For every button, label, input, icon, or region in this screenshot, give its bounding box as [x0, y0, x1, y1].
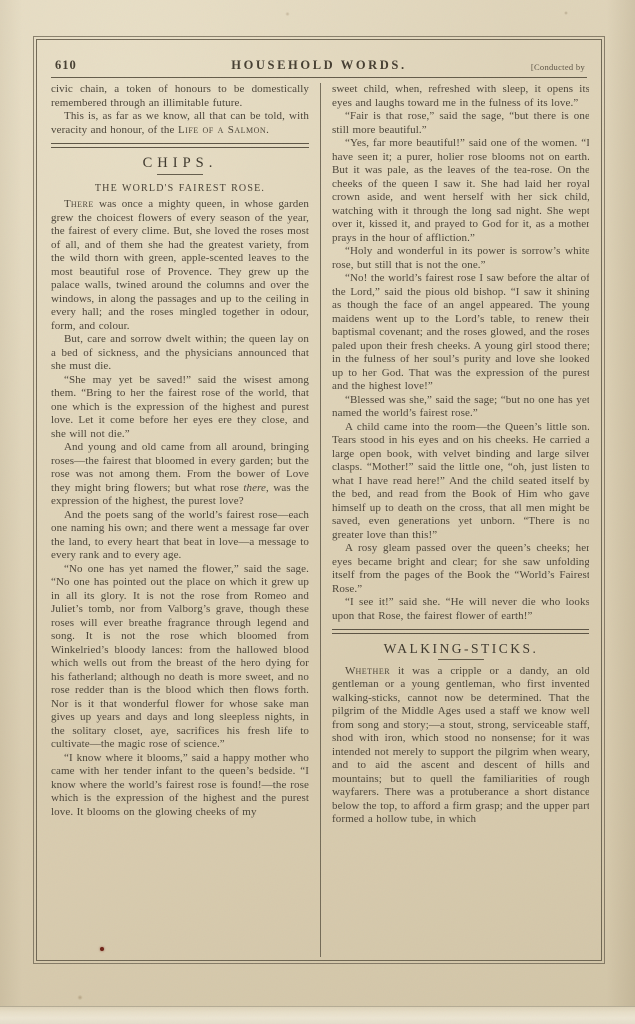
- scanned-page: 610 HOUSEHOLD WORDS. [Conducted by civic…: [0, 0, 635, 1024]
- article-title-worlds-fairest-rose: THE WORLD'S FAIREST ROSE.: [51, 182, 309, 196]
- article-divider-rule: [332, 629, 589, 634]
- journal-title: HOUSEHOLD WORDS.: [53, 58, 585, 73]
- page-bottom-edge: [0, 1006, 635, 1024]
- column-divider-rule: [320, 83, 321, 957]
- paragraph: But, care and sorrow dwelt within; the q…: [51, 333, 309, 374]
- paragraph: Whether it was a cripple or a dandy, an …: [332, 665, 589, 827]
- paragraph: “No! the world’s fairest rose I saw befo…: [332, 272, 589, 394]
- section-divider-rule: [51, 143, 309, 148]
- paragraph: “Yes, far more beautiful!” said one of t…: [332, 137, 589, 245]
- foxing-spot-top-center: [285, 12, 290, 16]
- paragraph: A rosy gleam passed over the queen’s che…: [332, 542, 589, 596]
- paragraph: And the poets sang of the world’s faires…: [51, 509, 309, 563]
- page-frame: 610 HOUSEHOLD WORDS. [Conducted by civic…: [33, 36, 605, 964]
- chips-section-heading: CHIPS.: [51, 157, 309, 171]
- paragraph: “I see it!” said she. “He will never die…: [332, 596, 589, 623]
- paragraph-salmon-continuation: civic chain, a token of honours to be do…: [51, 83, 309, 110]
- header-rule: [51, 77, 587, 78]
- paragraph: “Fair is that rose,” said the sage, “but…: [332, 110, 589, 137]
- paragraph-salmon-close: This is, as far as we know, all that can…: [51, 110, 309, 137]
- walking-sticks-heading: WALKING-STICKS.: [332, 642, 589, 656]
- foxing-spot-bottom-left: [77, 995, 83, 1000]
- paragraph: sweet child, when, refreshed with sleep,…: [332, 83, 589, 110]
- right-column: sweet child, when, refreshed with sleep,…: [332, 83, 589, 957]
- paragraph: “She may yet be saved!” said the wisest …: [51, 374, 309, 442]
- left-column: civic chain, a token of honours to be do…: [51, 83, 309, 957]
- foxing-spot-top-right: [564, 11, 568, 15]
- text-columns: civic chain, a token of honours to be do…: [51, 83, 589, 957]
- paragraph: “Holy and wonderful in its power is sorr…: [332, 245, 589, 272]
- paragraph: “No one has yet named the flower,” said …: [51, 563, 309, 752]
- page-content: 610 HOUSEHOLD WORDS. [Conducted by civic…: [37, 40, 601, 960]
- header-right-note: [Conducted by: [531, 62, 585, 72]
- paragraph: There was once a mighty queen, in whose …: [51, 198, 309, 333]
- paragraph: “Blessed was she,” said the sage; “but n…: [332, 394, 589, 421]
- running-header: 610 HOUSEHOLD WORDS. [Conducted by: [53, 49, 585, 73]
- paragraph: And young and old came from all around, …: [51, 441, 309, 509]
- paragraph: “I know where it blooms,” said a happy m…: [51, 752, 309, 820]
- paragraph: A child came into the room—the Queen’s l…: [332, 421, 589, 543]
- chips-heading-rule: [157, 174, 203, 175]
- walking-sticks-heading-rule: [438, 659, 484, 660]
